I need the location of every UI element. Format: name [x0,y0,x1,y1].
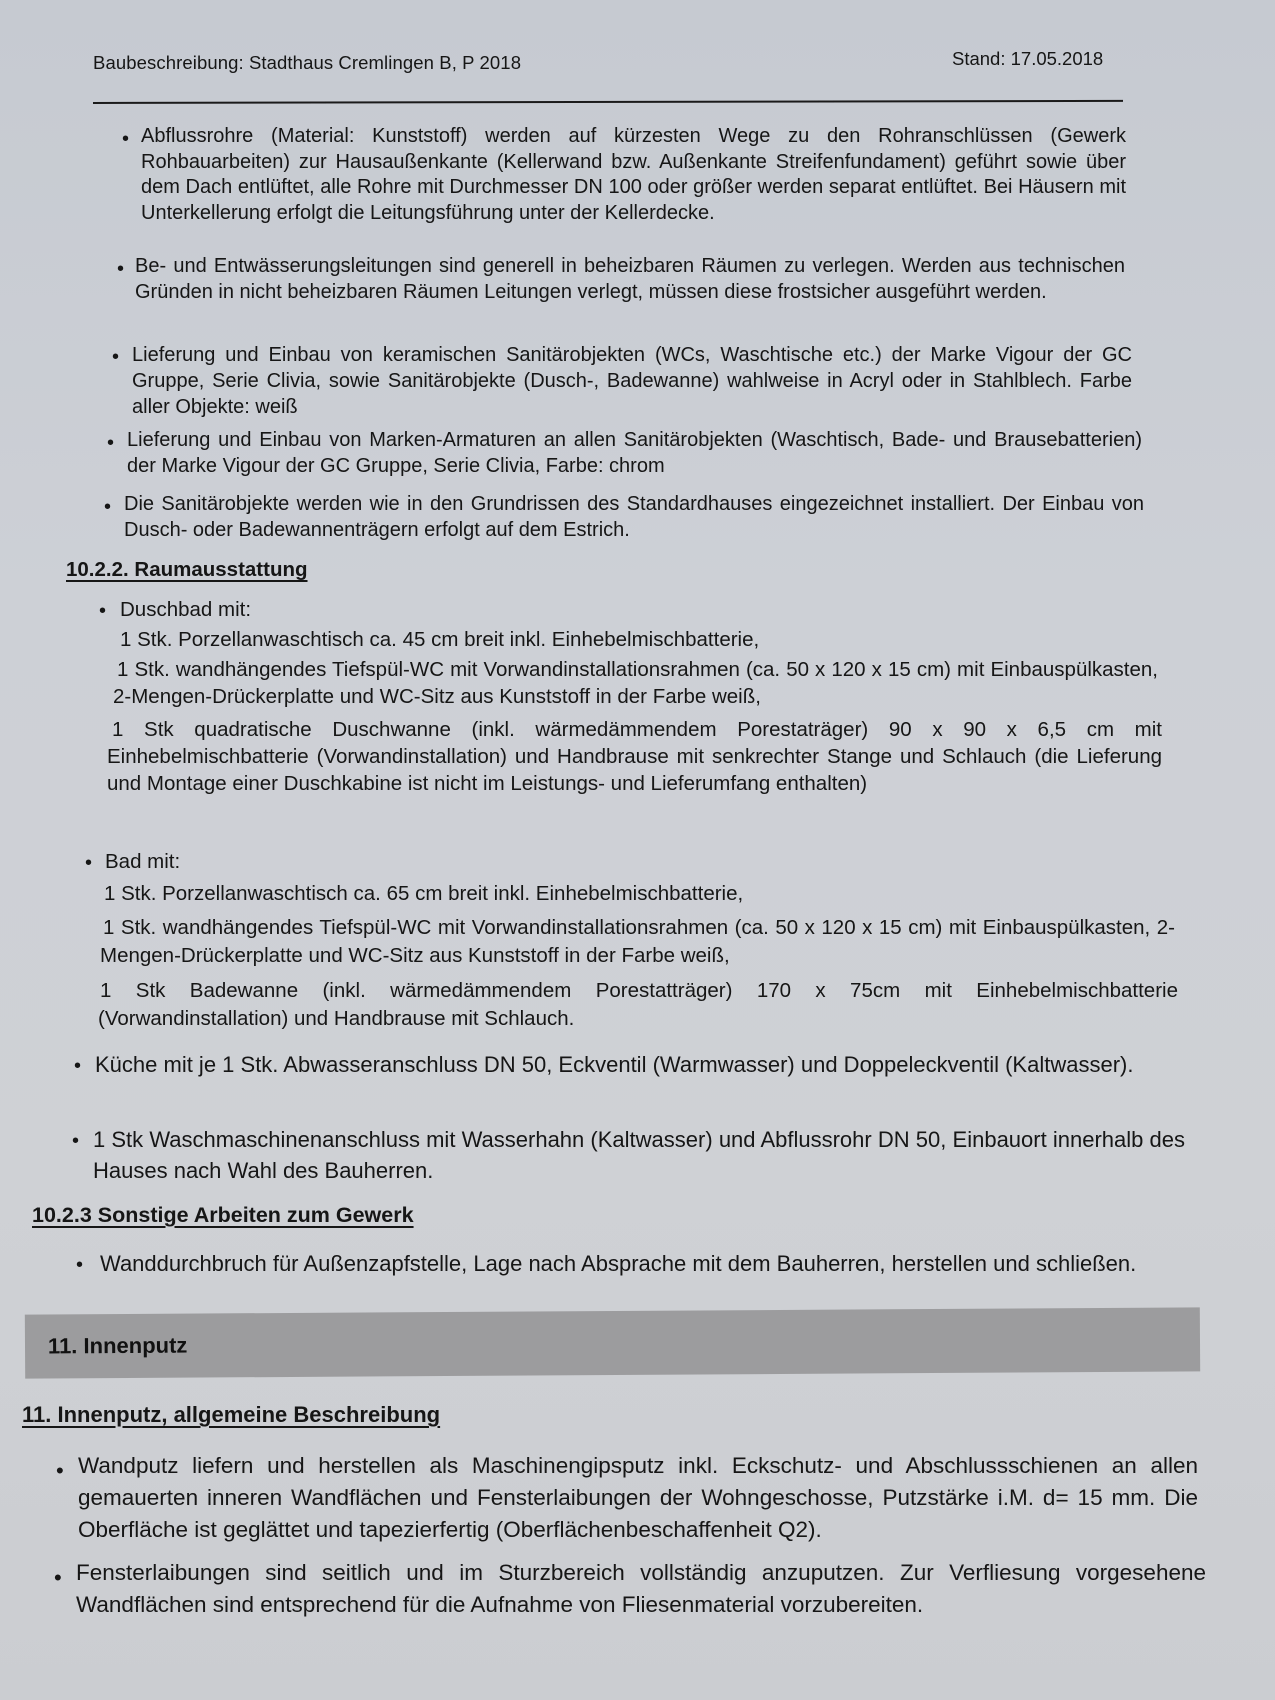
bad-wc: 1 Stk. wandhängendes Tiefspül-WC mit Vor… [100,914,1175,970]
bad-waschtisch: 1 Stk. Porzellanwaschtisch ca. 65 cm bre… [104,880,1104,907]
section-heading-innenputz: 11. Innenputz, allgemeine Beschreibung [22,1402,440,1428]
duschbad-waschtisch: 1 Stk. Porzellanwaschtisch ca. 45 cm bre… [120,626,1120,653]
bullet-icon: • [74,1055,81,1078]
duschbad-wc: 1 Stk. wandhängendes Tiefspül-WC mit Vor… [113,656,1158,710]
document-date: Stand: 17.05.2018 [952,48,1103,70]
list-item-installation: Die Sanitärobjekte werden wie in den Gru… [124,491,1144,543]
list-item-fensterlaibungen: Fensterlaibungen sind seitlich und im St… [76,1557,1206,1621]
bullet-icon: • [76,1254,83,1277]
header-divider [93,100,1123,104]
bullet-icon: • [56,1458,64,1484]
bullet-icon: • [117,258,124,281]
list-item-wandputz: Wandputz liefern und herstellen als Masc… [78,1450,1198,1546]
chapter-banner-title: 11. Innenputz [48,1333,188,1360]
bullet-icon: • [85,852,92,875]
list-item-wanddurchbruch: Wanddurchbruch für Außenzapfstelle, Lage… [100,1248,1190,1280]
section-heading-raumausstattung: 10.2.2. Raumausstattung [66,558,308,582]
list-item-armaturen: Lieferung und Einbau von Marken-Armature… [127,427,1142,479]
list-item-leitungen: Be- und Entwässerungsleitungen sind gene… [135,253,1125,305]
section-heading-sonstige-arbeiten: 10.2.3 Sonstige Arbeiten zum Gewerk [32,1203,414,1228]
list-item-waschmaschine: 1 Stk Waschmaschinenanschluss mit Wasser… [93,1124,1185,1186]
bullet-icon: • [107,432,114,455]
bullet-icon: • [99,600,106,623]
duschbad-label: Duschbad mit: [120,596,251,623]
duschbad-duschwanne: 1 Stk quadratische Duschwanne (inkl. wär… [107,716,1162,797]
bad-label: Bad mit: [105,848,180,875]
bullet-icon: • [122,128,129,151]
bullet-icon: • [54,1565,62,1591]
list-item-sanitaerobjekte: Lieferung und Einbau von keramischen San… [132,342,1132,420]
list-item-kueche: Küche mit je 1 Stk. Abwasseranschluss DN… [95,1049,1180,1080]
document-header-title: Baubeschreibung: Stadthaus Cremlingen B,… [93,52,521,74]
bad-badewanne: 1 Stk Badewanne (inkl. wärmedämmendem Po… [98,977,1178,1033]
bullet-icon: • [104,496,111,519]
list-item-abflussrohre: Abflussrohre (Material: Kunststoff) werd… [141,124,1126,226]
bullet-icon: • [112,346,119,369]
chapter-banner: 11. Innenputz [25,1307,1200,1378]
bullet-icon: • [72,1130,79,1153]
document-page: Baubeschreibung: Stadthaus Cremlingen B,… [0,0,1275,1700]
